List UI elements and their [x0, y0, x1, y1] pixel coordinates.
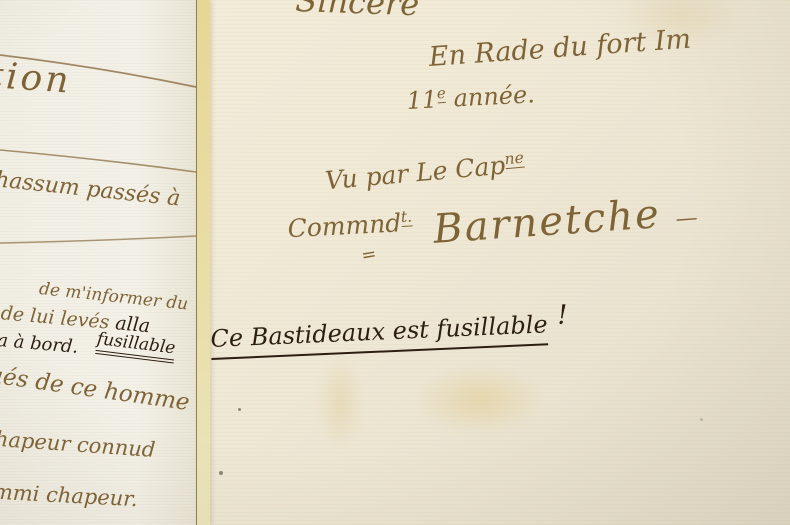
year-number: 11: [406, 85, 438, 115]
manuscript-photo: tion chassum passés à de m'informer du t…: [0, 0, 790, 525]
vu-par-line: Vu par Le Capne: [324, 151, 525, 194]
commandant-line: Commndt.: [287, 209, 413, 241]
ink-speck: [238, 408, 241, 411]
page-edge: [196, 0, 210, 525]
signature-name: Barnetche: [432, 191, 662, 253]
commandant-superscript: t.: [400, 207, 412, 227]
ink-speck: [700, 418, 703, 421]
flourish-mark: =: [360, 245, 378, 265]
paper-stain: [415, 365, 545, 435]
location-line: En Rade du fort Im: [428, 26, 692, 71]
signature-barnetche: Barnetche —: [432, 191, 701, 249]
verdict-underlined-text: Ce Bastideaux est fusillable: [210, 310, 549, 360]
left-fragment-tion: tion: [0, 58, 73, 100]
verdict-exclamation: !: [557, 299, 569, 330]
year-line: 11e année.: [406, 81, 535, 113]
commandant-text: Commnd: [287, 208, 402, 243]
vu-par-superscript: ne: [504, 149, 525, 170]
header-fragment: Sincère: [295, 0, 420, 20]
signature-dash: —: [675, 205, 701, 232]
year-rest: année.: [445, 80, 535, 113]
ink-speck: [219, 471, 223, 475]
verdict-line: Ce Bastideaux est fusillable!: [210, 310, 569, 352]
paper-stain: [318, 355, 363, 450]
vu-par-text: Vu par Le Cap: [324, 151, 507, 196]
